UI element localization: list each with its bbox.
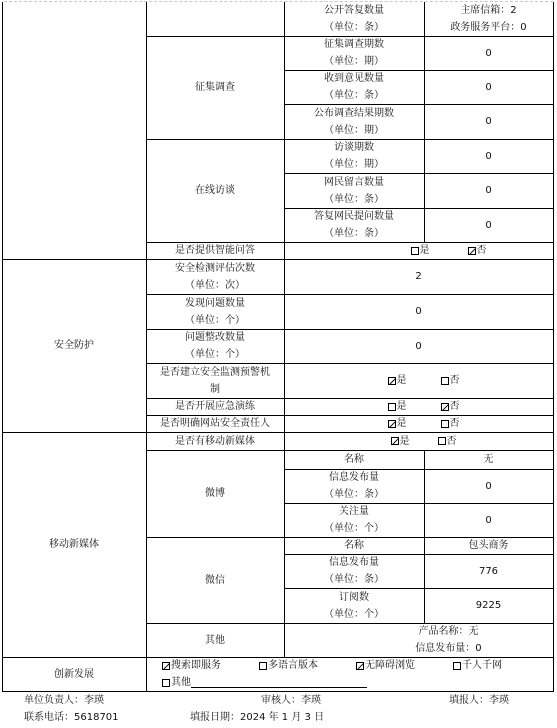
owner-no-option[interactable]: 否	[441, 415, 460, 432]
weibo-name-value: 无	[424, 450, 553, 469]
solicitation-periods-value: 0	[424, 36, 553, 70]
weibo-followers-value: 0	[424, 503, 553, 537]
label-line: 制	[210, 381, 220, 398]
unit-line: （单位：个）	[324, 520, 384, 537]
monitor-mechanism-options: 是 否	[284, 363, 553, 398]
other-posts-count: 信息发布量：0	[415, 640, 481, 657]
option-label: 是	[397, 372, 407, 389]
wechat-posts-label: 信息发布量 （单位：条）	[284, 554, 424, 588]
monitor-mechanism-label: 是否建立安全监测预警机 制	[146, 363, 284, 398]
smart-qa-no-option[interactable]: 否	[468, 242, 487, 259]
option-label: 是	[397, 398, 407, 415]
results-published-value: 0	[424, 104, 553, 139]
unit-head: 单位负责人：李瑛	[24, 692, 104, 709]
checkbox-empty-icon[interactable]	[388, 403, 396, 411]
drill-no-option[interactable]: 否	[441, 398, 460, 415]
media-no-option[interactable]: 否	[438, 433, 457, 450]
checkbox-checked-icon[interactable]	[356, 662, 364, 670]
other-media-group: 其他	[146, 623, 284, 657]
media-yes-option[interactable]: 是	[391, 433, 410, 450]
option-label: 无障碍浏览	[365, 657, 415, 674]
weibo-posts-label: 信息发布量 （单位：条）	[284, 469, 424, 503]
unit-line: （单位：条）	[324, 571, 384, 588]
search-as-service-option[interactable]: 搜索即服务	[162, 657, 259, 674]
reply-count-label: 公开答复数量 （单位：条）	[284, 2, 424, 36]
opinions-received-label: 收到意见数量 （单位：条）	[284, 70, 424, 104]
checkbox-empty-icon[interactable]	[441, 420, 449, 428]
unit-line: （单位：条）	[324, 486, 384, 503]
answered-questions-label: 答复网民提问数量 （单位：条）	[284, 208, 424, 242]
unit-line: （单位：条）	[324, 19, 384, 36]
product-name: 产品名称：无	[419, 623, 479, 640]
checkbox-checked-icon[interactable]	[162, 662, 170, 670]
owner-yes-option[interactable]: 是	[388, 415, 407, 432]
unit-line: （单位：期）	[324, 53, 384, 70]
label-line: 是否建立安全监测预警机	[160, 364, 270, 381]
reviewer: 审核人：李瑛	[261, 692, 321, 709]
has-media-label: 是否有移动新媒体	[146, 432, 284, 450]
multilingual-option[interactable]: 多语言版本	[259, 657, 356, 674]
option-label: 否	[447, 433, 457, 450]
interview-group: 在线访谈	[146, 139, 284, 242]
checkbox-empty-icon[interactable]	[162, 679, 170, 687]
monitor-no-option[interactable]: 否	[441, 372, 460, 389]
security-tests-label: 安全检测评估次数 （单位：次）	[146, 259, 284, 294]
label-line: 信息发布量	[329, 554, 379, 571]
security-group: 安全防护	[2, 259, 146, 432]
issues-fixed-label: 问题整改数量 （单位：个）	[146, 329, 284, 363]
option-label: 否	[450, 398, 460, 415]
label-line: 订阅数	[339, 589, 369, 606]
unit-line: （单位：个）	[185, 346, 245, 363]
label-line: 信息发布量	[329, 469, 379, 486]
weibo-posts-value: 0	[424, 469, 553, 503]
label-line: 关注量	[339, 503, 369, 520]
option-label: 否	[450, 415, 460, 432]
unit-line: （单位：期）	[324, 122, 384, 139]
unit-line: （单位：条）	[324, 225, 384, 242]
accessibility-option[interactable]: 无障碍浏览	[356, 657, 453, 674]
netizen-messages-label: 网民留言数量 （单位：条）	[284, 173, 424, 208]
label-line: 公布调查结果期数	[314, 105, 394, 122]
filler: 填报人：李瑛	[449, 692, 509, 709]
wechat-subscribers-label: 订阅数 （单位：个）	[284, 588, 424, 623]
wechat-name-label: 名称	[284, 537, 424, 554]
checkbox-empty-icon[interactable]	[259, 662, 267, 670]
security-owner-label: 是否明确网站安全责任人	[146, 415, 284, 432]
other-innovation-option[interactable]: 其他	[162, 674, 367, 691]
label-line: 收到意见数量	[324, 70, 384, 87]
label-line: 答复网民提问数量	[314, 208, 394, 225]
security-tests-value: 2	[284, 259, 553, 294]
wechat-name-value: 包头商务	[424, 537, 553, 554]
unit-line: （单位：个）	[185, 312, 245, 329]
contact-phone: 联系电话：5618701	[24, 709, 119, 726]
unit-line: （单位：次）	[185, 277, 245, 294]
checkbox-checked-icon[interactable]	[388, 420, 396, 428]
checkbox-empty-icon[interactable]	[438, 437, 446, 445]
option-label: 是	[400, 433, 410, 450]
fill-date: 填报日期：2024 年 1 月 3 日	[190, 709, 324, 726]
emergency-drill-label: 是否开展应急演练	[146, 398, 284, 415]
checkbox-checked-icon[interactable]	[468, 247, 476, 255]
checkbox-checked-icon[interactable]	[391, 437, 399, 445]
interview-periods-value: 0	[424, 139, 553, 173]
checkbox-checked-icon[interactable]	[388, 377, 396, 385]
option-label: 搜索即服务	[171, 657, 221, 674]
service-platform-count: 政务服务平台：0	[450, 19, 526, 36]
label-line: 发现问题数量	[185, 295, 245, 312]
innovation-group: 创新发展	[2, 657, 146, 691]
weibo-group: 微博	[146, 450, 284, 537]
checkbox-empty-icon[interactable]	[411, 247, 419, 255]
issues-found-label: 发现问题数量 （单位：个）	[146, 294, 284, 329]
has-media-options: 是 否	[284, 432, 553, 450]
monitor-yes-option[interactable]: 是	[388, 372, 407, 389]
answered-questions-value: 0	[424, 208, 553, 242]
interview-periods-label: 访谈期数 （单位：期）	[284, 139, 424, 173]
label-line: 公开答复数量	[324, 2, 384, 19]
issues-fixed-value: 0	[284, 329, 553, 363]
opinions-received-value: 0	[424, 70, 553, 104]
label-line: 访谈期数	[334, 139, 374, 156]
security-owner-options: 是 否	[284, 415, 553, 432]
label-line: 安全检测评估次数	[175, 260, 255, 277]
option-label: 多语言版本	[268, 657, 318, 674]
netizen-messages-value: 0	[424, 173, 553, 208]
checkbox-empty-icon[interactable]	[441, 377, 449, 385]
option-label: 否	[477, 242, 487, 259]
emergency-drill-options: 是 否	[284, 398, 553, 415]
label-line: 征集调查期数	[324, 36, 384, 53]
personalized-option[interactable]: 千人千网	[453, 657, 550, 674]
label-line: 问题整改数量	[185, 329, 245, 346]
reply-count-value: 主席信箱：2 政务服务平台：0	[424, 2, 553, 36]
results-published-label: 公布调查结果期数 （单位：期）	[284, 104, 424, 139]
option-label: 千人千网	[462, 657, 502, 674]
wechat-subscribers-value: 9225	[424, 588, 553, 623]
drill-yes-option[interactable]: 是	[388, 398, 407, 415]
wechat-group: 微信	[146, 537, 284, 623]
option-label: 否	[450, 372, 460, 389]
unit-line: （单位：个）	[324, 606, 384, 623]
wechat-posts-value: 776	[424, 554, 553, 588]
innovation-options: 搜索即服务 多语言版本 无障碍浏览 千人千网 其他	[146, 657, 553, 691]
label-line: 网民留言数量	[324, 174, 384, 191]
weibo-followers-label: 关注量 （单位：个）	[284, 503, 424, 537]
other-input-line[interactable]	[191, 677, 367, 688]
option-label: 是	[397, 415, 407, 432]
option-label: 是	[420, 242, 430, 259]
solicitation-periods-label: 征集调查期数 （单位：期）	[284, 36, 424, 70]
unit-line: （单位：期）	[324, 156, 384, 173]
other-media-info: 产品名称：无 信息发布量：0	[284, 623, 553, 657]
weibo-name-label: 名称	[284, 450, 424, 469]
smart-qa-options: 是 否	[284, 242, 553, 259]
checkbox-empty-icon[interactable]	[453, 662, 461, 670]
unit-line: （单位：条）	[324, 87, 384, 104]
mailbox-count: 主席信箱：2	[460, 2, 516, 19]
option-label: 其他	[171, 674, 191, 691]
solicitation-group: 征集调查	[146, 36, 284, 139]
unit-line: （单位：条）	[324, 191, 384, 208]
mobile-media-group: 移动新媒体	[2, 432, 146, 657]
smart-qa-yes-option[interactable]: 是	[411, 242, 430, 259]
issues-found-value: 0	[284, 294, 553, 329]
checkbox-checked-icon[interactable]	[441, 403, 449, 411]
